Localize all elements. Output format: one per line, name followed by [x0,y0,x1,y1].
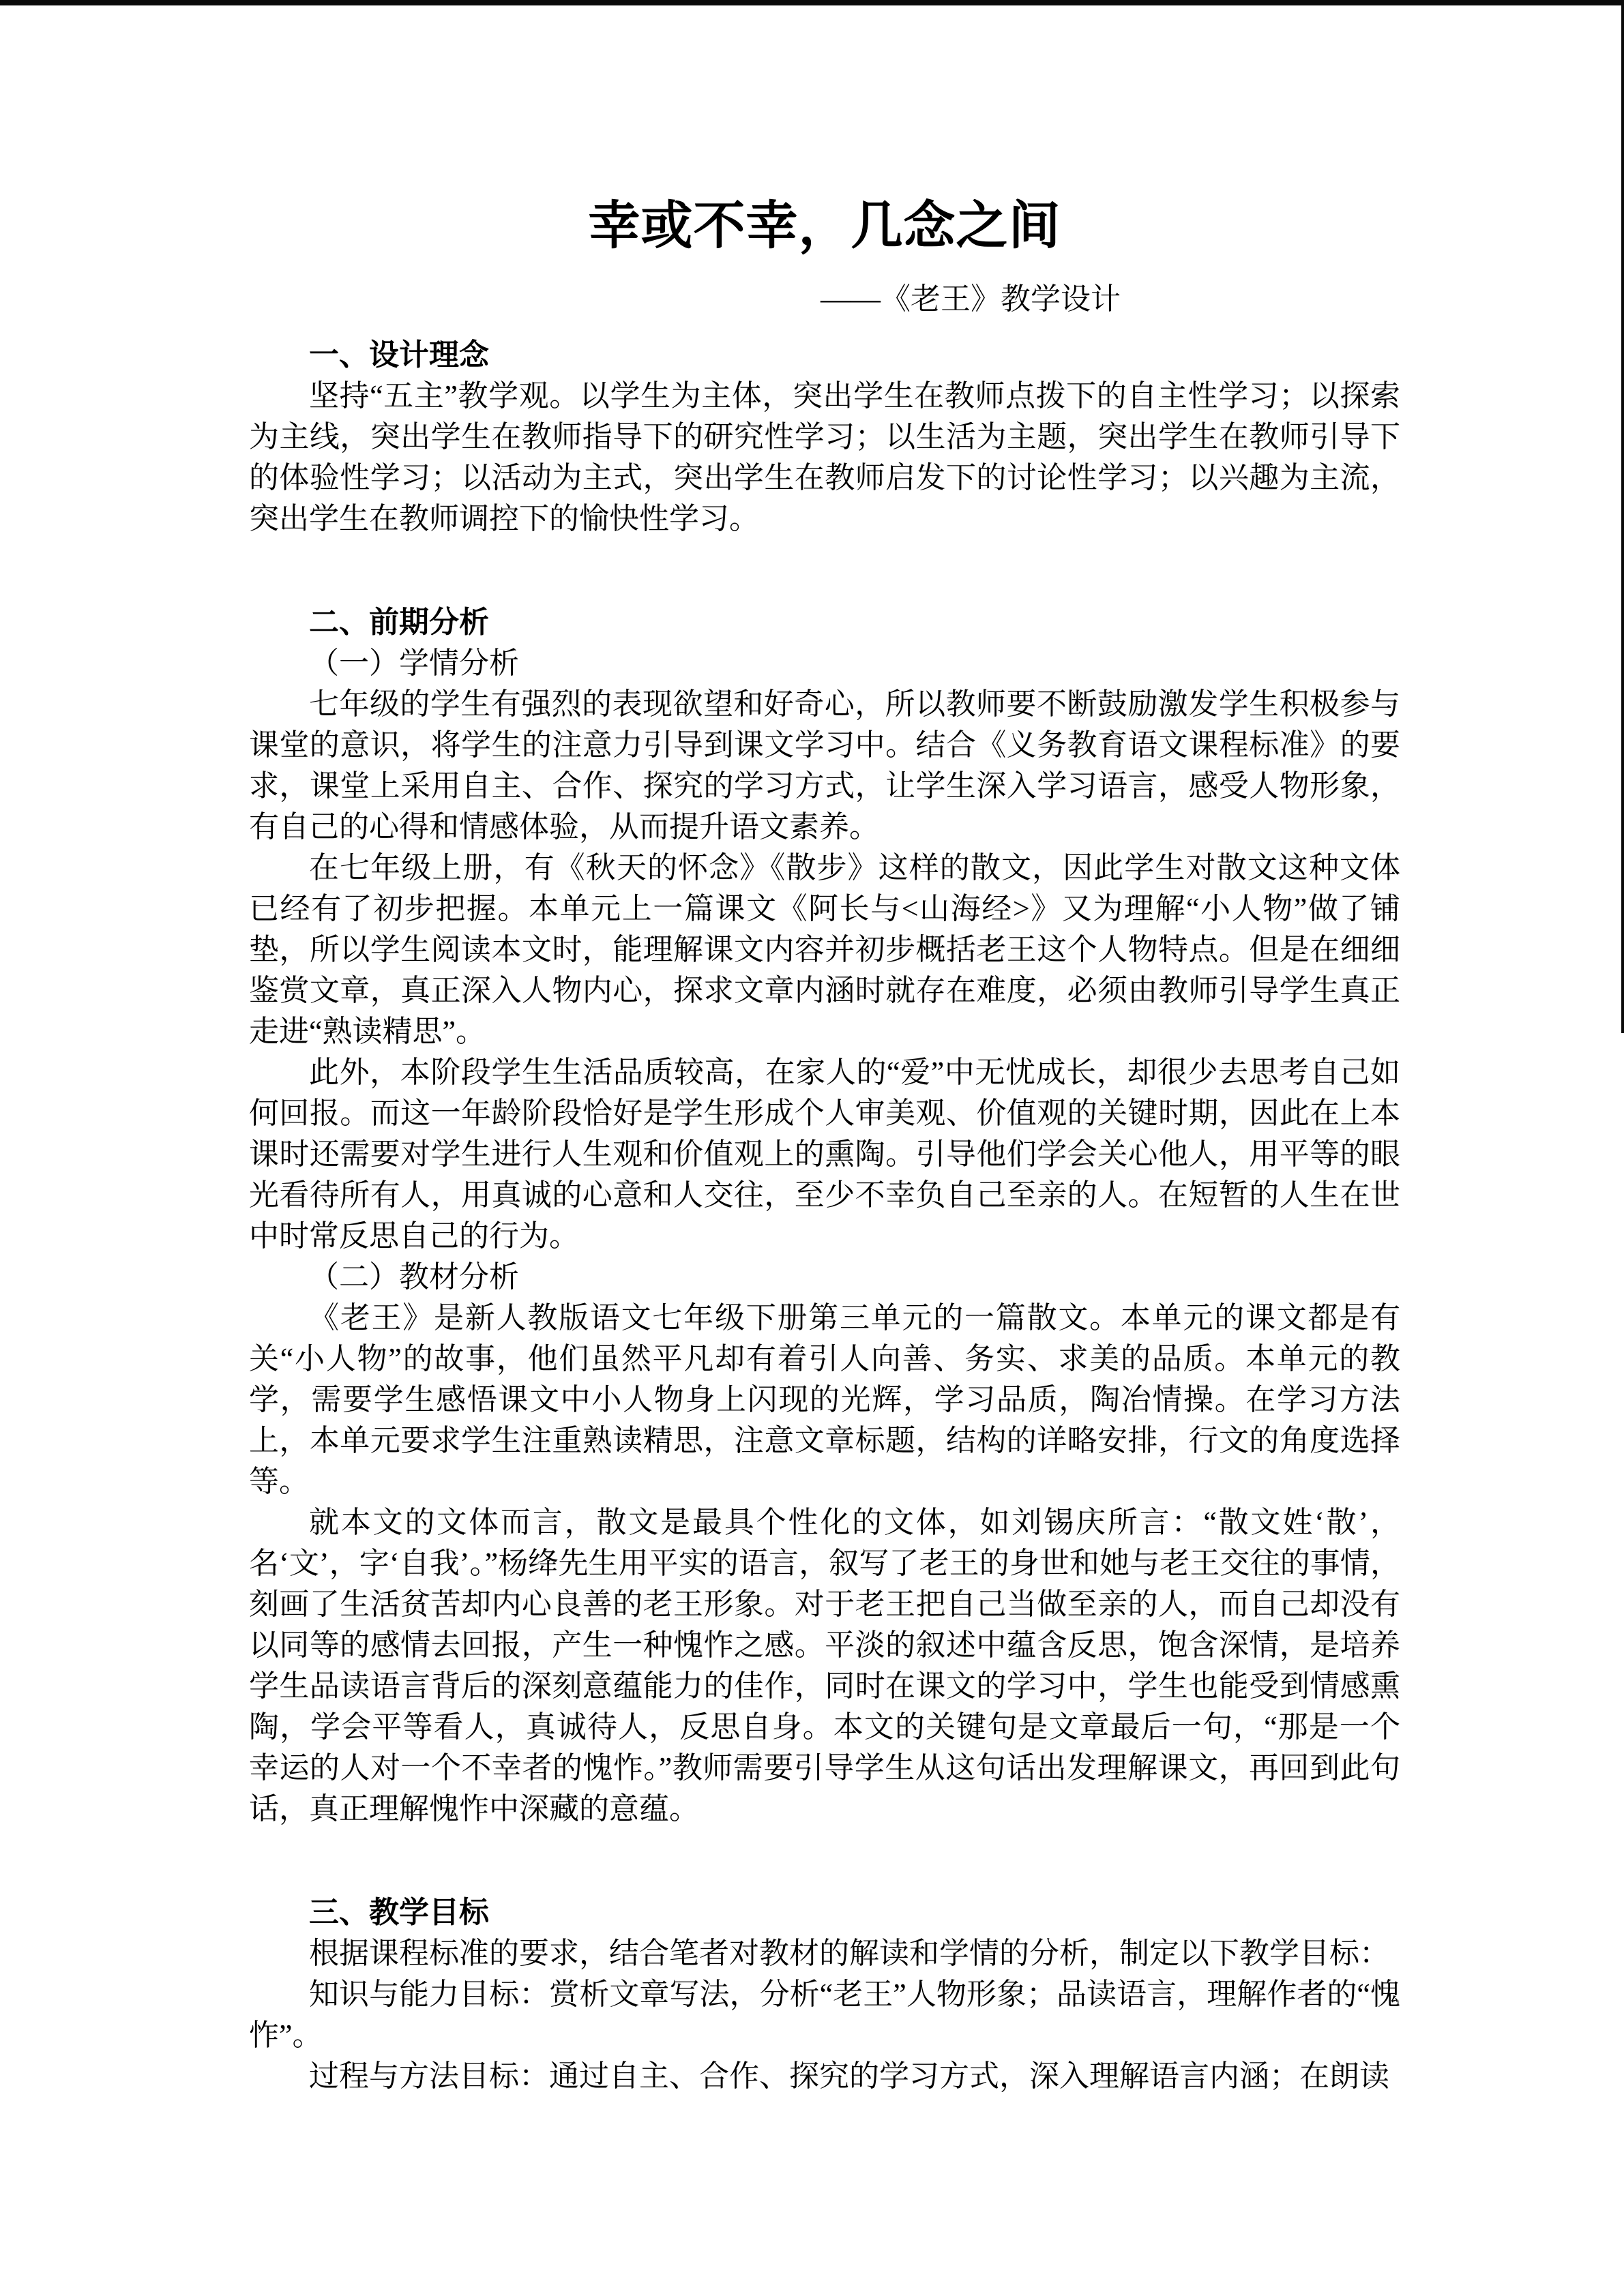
document-page: 幸或不幸，几念之间 ——《老王》教学设计 一、设计理念 坚持“五主”教学观。以学… [0,0,1624,2296]
paragraph-objectives-intro: 根据课程标准的要求，结合笔者对教材的解读和学情的分析，制定以下教学目标： [249,1933,1400,1974]
section-heading-teaching-objectives: 三、教学目标 [249,1892,1400,1933]
subsection-heading-learner-analysis: （一）学情分析 [249,643,1400,684]
paragraph-textbook-analysis-1: 《老王》是新人教版语文七年级下册第三单元的一篇散文。本单元的课文都是有关“小人物… [249,1298,1400,1502]
document-subtitle: ——《老王》教学设计 [821,279,1400,320]
paragraph-learner-analysis-3: 此外，本阶段学生生活品质较高，在家人的“爱”中无忧成长，却很少去思考自己如何回报… [249,1052,1400,1257]
paragraph-objectives-process: 过程与方法目标：通过自主、合作、探究的学习方式，深入理解语言内涵；在朗读 [249,2056,1400,2097]
paragraph-textbook-analysis-2: 就本文的文体而言，散文是最具个性化的文体，如刘锡庆所言：“散文姓‘散’，名‘文’… [249,1502,1400,1830]
scan-edge-artifact-right [1621,0,1624,1033]
document-content: 幸或不幸，几念之间 ——《老王》教学设计 一、设计理念 坚持“五主”教学观。以学… [249,0,1400,2097]
paragraph-design-concept: 坚持“五主”教学观。以学生为主体，突出学生在教师点拨下的自主性学习；以探索为主线… [249,376,1400,539]
document-title: 幸或不幸，几念之间 [249,200,1400,254]
paragraph-learner-analysis-1: 七年级的学生有强烈的表现欲望和好奇心，所以教师要不断鼓励激发学生积极参与课堂的意… [249,684,1400,848]
subsection-heading-textbook-analysis: （二）教材分析 [249,1257,1400,1298]
section-heading-preliminary-analysis: 二、前期分析 [249,602,1400,643]
paragraph-learner-analysis-2: 在七年级上册，有《秋天的怀念》《散步》这样的散文，因此学生对散文这种文体已经有了… [249,848,1400,1052]
section-heading-design-concept: 一、设计理念 [249,335,1400,376]
paragraph-objectives-knowledge: 知识与能力目标：赏析文章写法，分析“老王”人物形象；品读语言，理解作者的“愧怍”… [249,1974,1400,2056]
